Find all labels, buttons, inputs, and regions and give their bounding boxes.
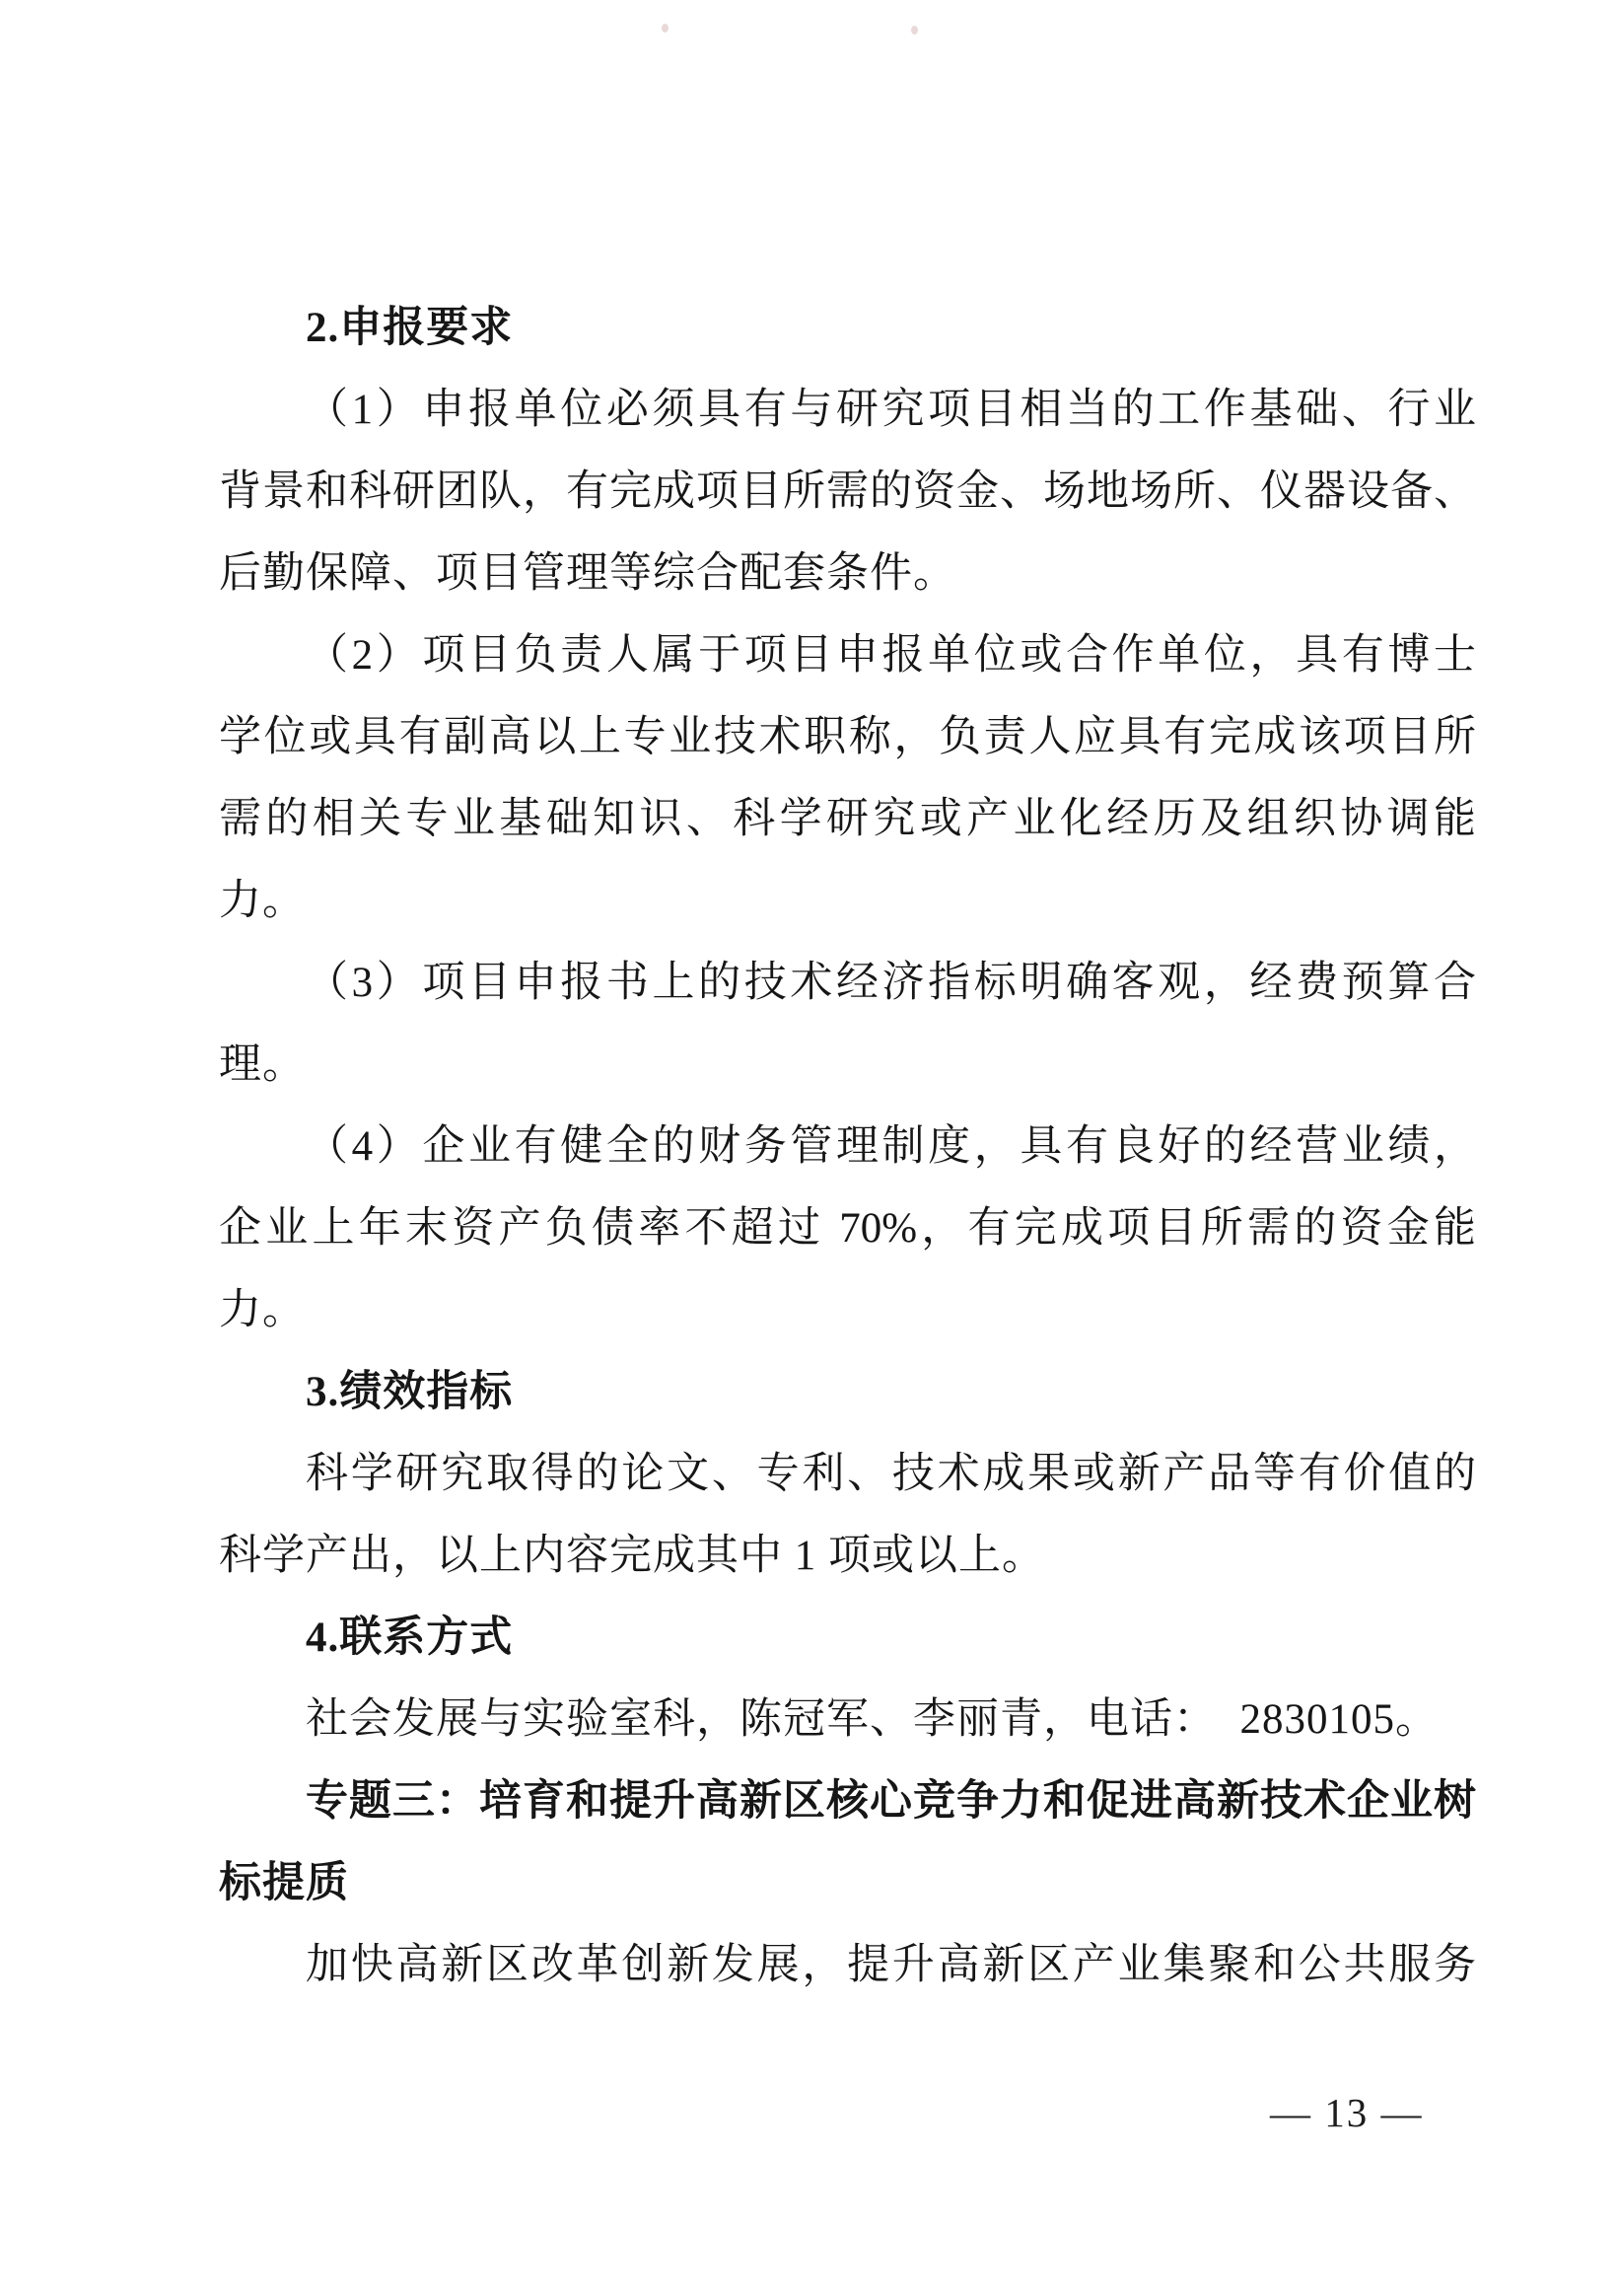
body-text-line: （2）项目负责人属于项目申报单位或合作单位，具有博士 bbox=[219, 614, 1476, 696]
body-text-line: 需的相关专业基础知识、科学研究或产业化经历及组织协调能 bbox=[219, 778, 1476, 860]
topic-3-heading-line-1: 专题三：培育和提升高新区核心竞争力和促进高新技术企业树 bbox=[219, 1760, 1476, 1842]
body-text-line: 后勤保障、项目管理等综合配套条件。 bbox=[219, 533, 1476, 614]
section-4-heading: 4.联系方式 bbox=[219, 1597, 1476, 1679]
section-2-heading: 2.申报要求 bbox=[219, 287, 1476, 369]
section-3-heading: 3.绩效指标 bbox=[219, 1351, 1476, 1433]
body-text-line: （1）申报单位必须具有与研究项目相当的工作基础、行业 bbox=[219, 369, 1476, 451]
body-text-line: 加快高新区改革创新发展，提升高新区产业集聚和公共服务 bbox=[219, 1924, 1476, 2006]
contact-info-line: 社会发展与实验室科，陈冠军、李丽青，电话： 2830105。 bbox=[219, 1679, 1476, 1760]
body-text-line: （4）企业有健全的财务管理制度，具有良好的经营业绩， bbox=[219, 1106, 1476, 1187]
topic-3-heading-line-2: 标提质 bbox=[219, 1842, 1476, 1924]
body-text-line: （3）项目申报书上的技术经济指标明确客观，经费预算合 bbox=[219, 942, 1476, 1024]
body-text-line: 科学研究取得的论文、专利、技术成果或新产品等有价值的 bbox=[219, 1433, 1476, 1515]
body-text-line: 科学产出，以上内容完成其中 1 项或以上。 bbox=[219, 1515, 1476, 1597]
scan-artifact-speck bbox=[911, 26, 918, 35]
body-text-line: 企业上年末资产负债率不超过 70%，有完成项目所需的资金能 bbox=[219, 1187, 1476, 1269]
body-text-line: 学位或具有副高以上专业技术职称，负责人应具有完成该项目所 bbox=[219, 696, 1476, 778]
document-text-block: 2.申报要求 （1）申报单位必须具有与研究项目相当的工作基础、行业 背景和科研团… bbox=[219, 287, 1476, 2006]
page-number: — 13 — bbox=[1270, 2086, 1424, 2139]
body-text-line: 背景和科研团队，有完成项目所需的资金、场地场所、仪器设备、 bbox=[219, 451, 1476, 533]
body-text-line: 力。 bbox=[219, 1269, 1476, 1351]
document-page: 2.申报要求 （1）申报单位必须具有与研究项目相当的工作基础、行业 背景和科研团… bbox=[0, 0, 1619, 2296]
body-text-line: 理。 bbox=[219, 1024, 1476, 1106]
scan-artifact-speck bbox=[662, 24, 669, 33]
body-text-line: 力。 bbox=[219, 860, 1476, 942]
